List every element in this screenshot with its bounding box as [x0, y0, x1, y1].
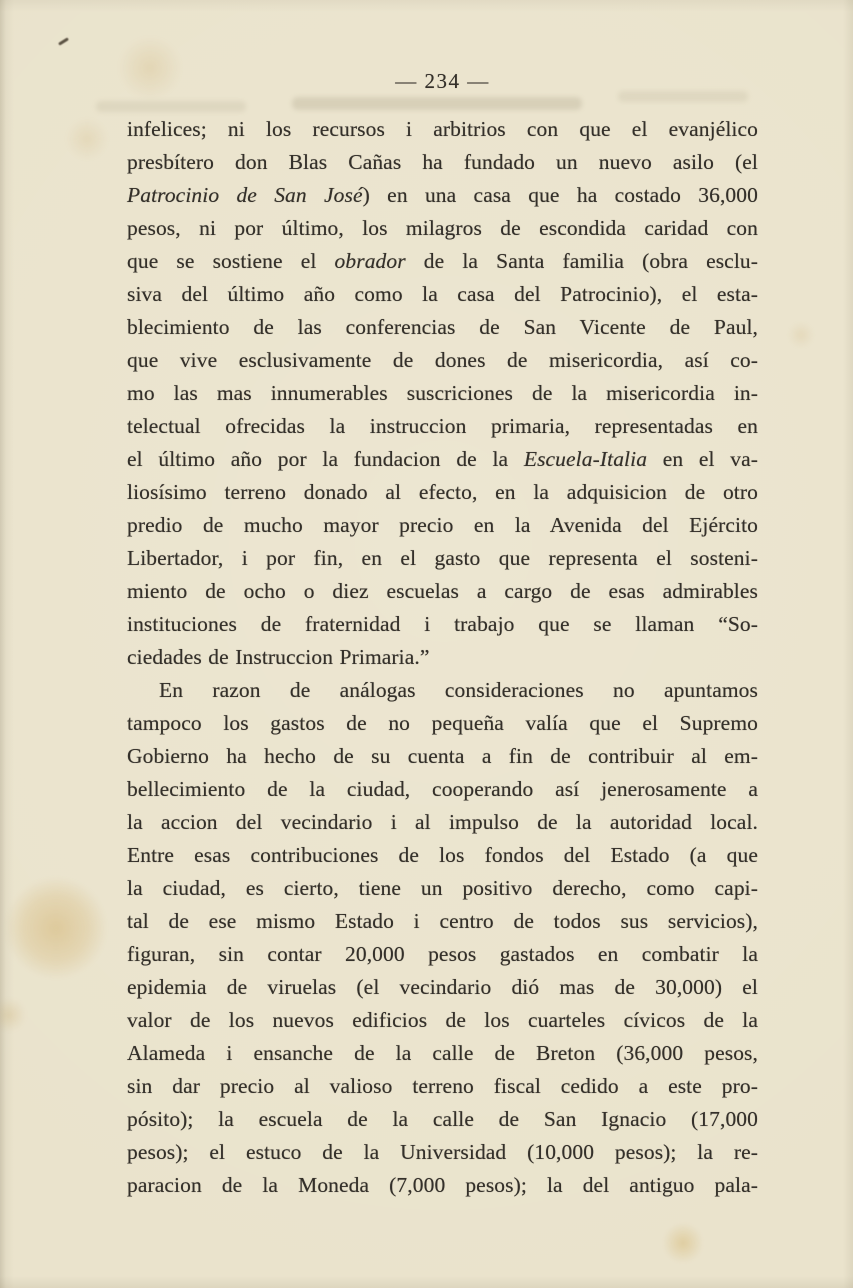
text-line: la ciudad, es cierto, tiene un positivo … — [127, 872, 758, 905]
text-segment: bellecimiento de la ciudad, cooperando a… — [127, 777, 758, 801]
text-segment: liosísimo terreno donado al efecto, en l… — [127, 480, 758, 504]
text-segment: sin dar precio al valioso terreno fiscal… — [127, 1074, 758, 1098]
text-segment: Libertador, i por fin, en el gasto que r… — [127, 546, 758, 570]
italic-text-segment: Patrocinio de San José — [127, 183, 363, 207]
text-line: figuran, sin contar 20,000 pesos gastado… — [127, 938, 758, 971]
text-line: sin dar precio al valioso terreno fiscal… — [127, 1070, 758, 1103]
text-line: blecimiento de las conferencias de San V… — [127, 311, 758, 344]
text-segment: paracion de la Moneda (7,000 pesos); la … — [127, 1173, 758, 1197]
text-line: Patrocinio de San José) en una casa que … — [127, 179, 758, 212]
text-line: la accion del vecindario i al impulso de… — [127, 806, 758, 839]
text-segment: figuran, sin contar 20,000 pesos gastado… — [127, 942, 758, 966]
text-line: predio de mucho mayor precio en la Aveni… — [127, 509, 758, 542]
text-segment: valor de los nuevos edificios de los cua… — [127, 1008, 758, 1032]
text-line: Libertador, i por fin, en el gasto que r… — [127, 542, 758, 575]
text-segment: Entre esas contribuciones de los fondos … — [127, 843, 758, 867]
text-line: pesos); el estuco de la Universidad (10,… — [127, 1136, 758, 1169]
text-line: Entre esas contribuciones de los fondos … — [127, 839, 758, 872]
text-segment: instituciones de fraternidad i trabajo q… — [127, 612, 758, 636]
text-segment: epidemia de viruelas (el vecindario dió … — [127, 975, 758, 999]
text-line: telectual ofrecidas la instruccion prima… — [127, 410, 758, 443]
text-line: pósito); la escuela de la calle de San I… — [127, 1103, 758, 1136]
text-segment: miento de ocho o diez escuelas a cargo d… — [127, 579, 758, 603]
text-segment: el último año por la fundacion de la — [127, 447, 524, 471]
bleedthrough-ghost — [292, 97, 582, 110]
text-line: infelices; ni los recursos i arbitrios c… — [127, 113, 758, 146]
text-segment: mo las mas innumerables suscriciones de … — [127, 381, 758, 405]
text-line: En razon de análogas consideraciones no … — [127, 674, 758, 707]
page-number: — 234 — — [127, 69, 758, 94]
text-segment: ) en una casa que ha costado 36,000 — [363, 183, 758, 207]
text-segment: En razon de análogas consideraciones no … — [159, 678, 758, 702]
paper-stain — [0, 998, 26, 1032]
text-line: siva del último año como la casa del Pat… — [127, 278, 758, 311]
text-segment: presbítero don Blas Cañas ha fundado un … — [127, 150, 758, 174]
text-segment: en el va- — [647, 447, 758, 471]
text-segment: tal de ese mismo Estado i centro de todo… — [127, 909, 758, 933]
text-segment: ciedades de Instruccion Primaria.” — [127, 645, 430, 669]
text-line: Gobierno ha hecho de su cuenta a fin de … — [127, 740, 758, 773]
text-line: instituciones de fraternidad i trabajo q… — [127, 608, 758, 641]
ink-speck — [58, 37, 69, 45]
text-line: presbítero don Blas Cañas ha fundado un … — [127, 146, 758, 179]
paper-stain — [788, 322, 814, 348]
text-segment: pesos); el estuco de la Universidad (10,… — [127, 1140, 758, 1164]
text-segment: predio de mucho mayor precio en la Aveni… — [127, 513, 758, 537]
text-segment: la accion del vecindario i al impulso de… — [127, 810, 758, 834]
text-segment: blecimiento de las conferencias de San V… — [127, 315, 758, 339]
text-line: que se sostiene el obrador de la Santa f… — [127, 245, 758, 278]
text-line: tampoco los gastos de no pequeña valía q… — [127, 707, 758, 740]
paper-stain — [6, 878, 106, 978]
text-segment: de la Santa familia (obra esclu- — [406, 249, 758, 273]
text-line: miento de ocho o diez escuelas a cargo d… — [127, 575, 758, 608]
text-line: liosísimo terreno donado al efecto, en l… — [127, 476, 758, 509]
italic-text-segment: obrador — [335, 249, 406, 273]
text-segment: que se sostiene el — [127, 249, 335, 273]
paper-stain — [662, 1222, 704, 1264]
text-line: que vive esclusivamente de dones de mise… — [127, 344, 758, 377]
bleedthrough-ghost — [96, 101, 246, 112]
text-line: bellecimiento de la ciudad, cooperando a… — [127, 773, 758, 806]
text-segment: pósito); la escuela de la calle de San I… — [127, 1107, 758, 1131]
text-line: ciedades de Instruccion Primaria.” — [127, 641, 758, 674]
text-line: paracion de la Moneda (7,000 pesos); la … — [127, 1169, 758, 1202]
scanned-book-page: — 234 — infelices; ni los recursos i arb… — [0, 0, 853, 1288]
text-segment: la ciudad, es cierto, tiene un positivo … — [127, 876, 758, 900]
text-line: el último año por la fundacion de la Esc… — [127, 443, 758, 476]
text-segment: que vive esclusivamente de dones de mise… — [127, 348, 758, 372]
text-line: tal de ese mismo Estado i centro de todo… — [127, 905, 758, 938]
text-segment: infelices; ni los recursos i arbitrios c… — [127, 117, 758, 141]
text-line: mo las mas innumerables suscriciones de … — [127, 377, 758, 410]
text-segment: pesos, ni por último, los milagros de es… — [127, 216, 758, 240]
text-segment: Gobierno ha hecho de su cuenta a fin de … — [127, 744, 758, 768]
paper-stain — [66, 118, 108, 160]
text-segment: tampoco los gastos de no pequeña valía q… — [127, 711, 758, 735]
text-line: valor de los nuevos edificios de los cua… — [127, 1004, 758, 1037]
text-line: Alameda i ensanche de la calle de Breton… — [127, 1037, 758, 1070]
text-segment: siva del último año como la casa del Pat… — [127, 282, 758, 306]
text-line: pesos, ni por último, los milagros de es… — [127, 212, 758, 245]
text-segment: telectual ofrecidas la instruccion prima… — [127, 414, 758, 438]
text-block: infelices; ni los recursos i arbitrios c… — [127, 113, 758, 1202]
italic-text-segment: Escuela-Italia — [524, 447, 647, 471]
text-line: epidemia de viruelas (el vecindario dió … — [127, 971, 758, 1004]
text-segment: Alameda i ensanche de la calle de Breton… — [127, 1041, 758, 1065]
